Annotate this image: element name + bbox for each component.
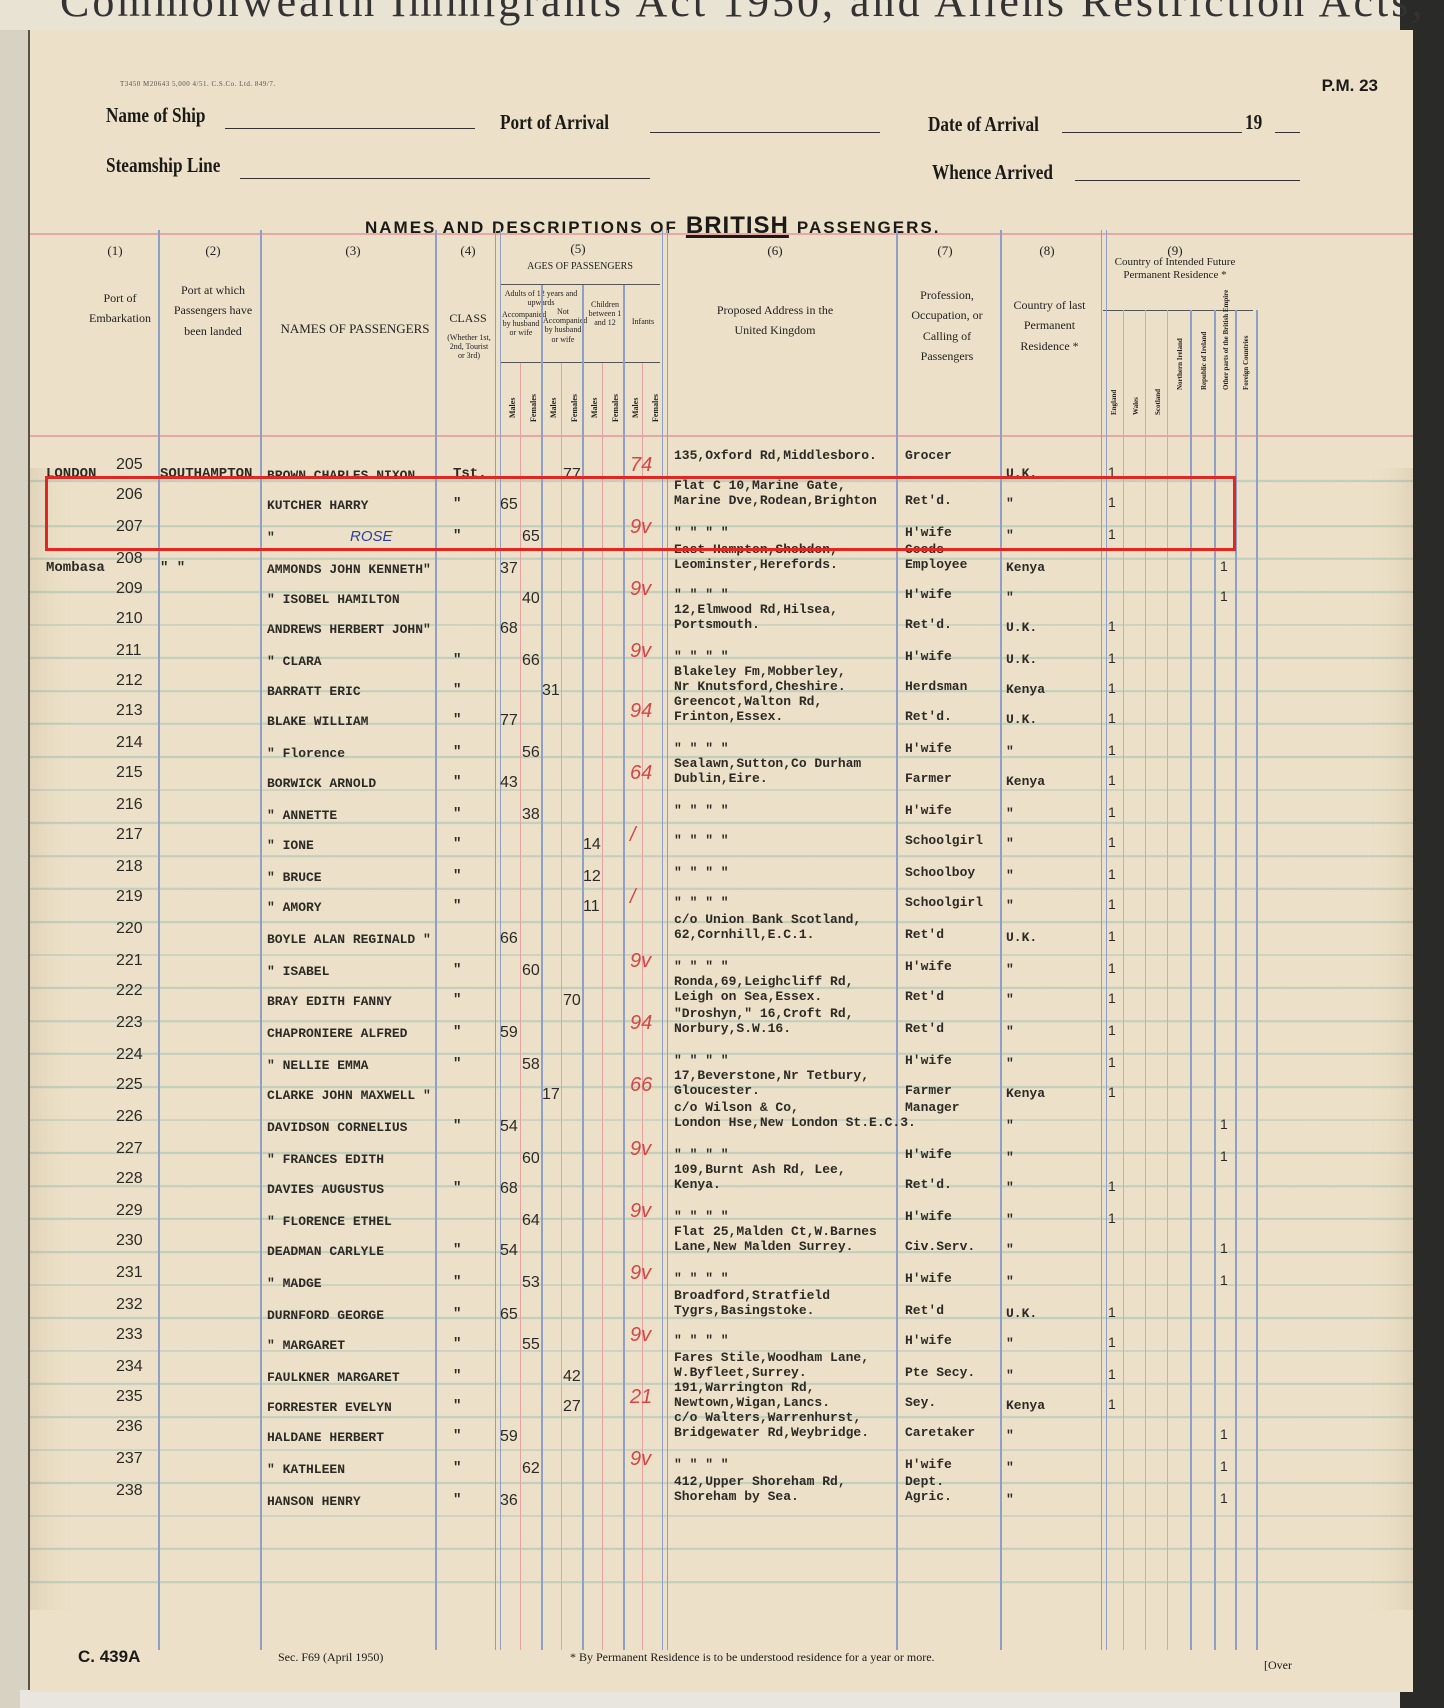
- future-residence-scotland: Scotland: [1154, 389, 1162, 415]
- future-residence-mark: 1: [1220, 1148, 1228, 1164]
- address-line-2: Kenya.: [674, 1177, 721, 1192]
- address-line-2: " " " ": [674, 959, 729, 974]
- future-residence-mark: 1: [1108, 772, 1116, 788]
- table-row: 238HANSON HENRY"36412,Upper Shoreham Rd,…: [30, 1486, 1413, 1517]
- country-last-residence: Kenya: [1006, 774, 1045, 789]
- future-residence-mark: 1: [1220, 1272, 1228, 1288]
- passenger-class: ": [453, 898, 461, 914]
- handwritten-check-mark: 9v: [630, 1324, 651, 1347]
- passenger-name: BOYLE ALAN REGINALD ": [267, 932, 431, 947]
- passenger-class: ": [453, 1242, 461, 1258]
- row-number: 227: [116, 1140, 143, 1158]
- country-last-residence: ": [1006, 962, 1014, 977]
- address-line-2: " " " ": [674, 1209, 729, 1224]
- future-residence-mark: 1: [1108, 1334, 1116, 1350]
- country-last-residence: ": [1006, 1336, 1014, 1351]
- occupation: H'wife: [905, 1457, 952, 1472]
- row-number: 223: [116, 1014, 143, 1032]
- future-residence-mark: 1: [1220, 1240, 1228, 1256]
- handwritten-check-mark: 9v: [630, 578, 651, 601]
- infants-header: Infants: [626, 317, 660, 326]
- passenger-class: ": [453, 1368, 461, 1384]
- name-of-ship-field[interactable]: [225, 128, 475, 129]
- occupation: Sey.: [905, 1395, 936, 1410]
- passenger-name: ANDREWS HERBERT JOHN": [267, 622, 431, 637]
- address-line-2: " " " ": [674, 1053, 729, 1068]
- passenger-name: " ANNETTE: [267, 808, 337, 823]
- occupation: Ret'd: [905, 927, 944, 942]
- passenger-class: ": [453, 836, 461, 852]
- male-label: Males: [631, 398, 640, 418]
- address-line-1: Fares Stile,Woodham Lane,: [674, 1350, 869, 1365]
- age-value: 54: [500, 1242, 518, 1260]
- country-last-residence: ": [1006, 1180, 1014, 1195]
- passenger-name: DAVIES AUGUSTUS: [267, 1182, 384, 1197]
- col1-number: (1): [90, 240, 140, 262]
- row-number: 236: [116, 1418, 143, 1436]
- country-last-residence: ": [1006, 1056, 1014, 1071]
- table-row: 210ANDREWS HERBERT JOHN"6812,Elmwood Rd,…: [30, 614, 1413, 645]
- passenger-name: BLAKE WILLIAM: [267, 714, 368, 729]
- female-label: Females: [611, 394, 620, 422]
- table-row: 236HALDANE HERBERT"59c/o Walters,Warrenh…: [30, 1422, 1413, 1453]
- footer-form-code: C. 439A: [78, 1647, 140, 1667]
- address-line-2: London Hse,New London St.E.C.3.: [674, 1115, 916, 1130]
- row-number: 221: [116, 952, 143, 970]
- highlight-box-rows-206-207: [45, 476, 1236, 551]
- passenger-name: DAVIDSON CORNELIUS: [267, 1120, 407, 1135]
- age-value: 42: [563, 1368, 581, 1386]
- address-line-2: Dublin,Eire.: [674, 771, 768, 786]
- occupation: H'wife: [905, 649, 952, 664]
- occupation: Herdsman: [905, 679, 967, 694]
- country-last-residence: ": [1006, 1368, 1014, 1383]
- passenger-class: ": [453, 652, 461, 668]
- col9-header: Country of Intended Future Permanent Res…: [1105, 256, 1245, 282]
- country-last-residence: U.K.: [1006, 652, 1037, 667]
- address-line-1: Broadford,Stratfield: [674, 1288, 830, 1303]
- occupation: Ret'd: [905, 989, 944, 1004]
- passenger-name: " ISOBEL HAMILTON: [267, 592, 400, 607]
- passenger-name: " IONE: [267, 838, 314, 853]
- age-value: 37: [500, 560, 518, 578]
- occupation: H'wife: [905, 803, 952, 818]
- age-value: 17: [542, 1086, 560, 1104]
- passenger-name: HALDANE HERBERT: [267, 1430, 384, 1445]
- country-last-residence: ": [1006, 868, 1014, 883]
- passenger-name: " Florence: [267, 746, 345, 761]
- country-last-residence: Kenya: [1006, 560, 1045, 575]
- row-number: 237: [116, 1450, 143, 1468]
- future-residence-northern-ireland: Northern Ireland: [1176, 338, 1184, 390]
- occupation: Schoolgirl: [905, 895, 983, 910]
- future-residence-mark: 1: [1108, 618, 1116, 634]
- future-residence-foreign-countries: Foreign Countries: [1242, 335, 1250, 390]
- date-of-arrival-field[interactable]: [1062, 132, 1242, 133]
- whence-arrived-label: Whence Arrived: [932, 160, 1053, 185]
- occupation: H'wife: [905, 1053, 952, 1068]
- age-value: 68: [500, 620, 518, 638]
- passenger-class: ": [453, 1274, 461, 1290]
- address-line-2: " " " ": [674, 741, 729, 756]
- passenger-name: CLARKE JOHN MAXWELL ": [267, 1088, 431, 1103]
- future-residence-mark: 1: [1108, 1178, 1116, 1194]
- row-number: 229: [116, 1202, 143, 1220]
- occupation: Ret'd.: [905, 617, 952, 632]
- header-bottom-rule: [30, 435, 1413, 437]
- table-row: 218" BRUCE"12" " " "Schoolboy"1: [30, 862, 1413, 893]
- passenger-name: HANSON HENRY: [267, 1494, 361, 1509]
- passenger-name: CHAPRONIERE ALFRED: [267, 1026, 407, 1041]
- row-number: 238: [116, 1482, 143, 1500]
- country-last-residence: U.K.: [1006, 930, 1037, 945]
- row-number: 234: [116, 1358, 143, 1376]
- age-value: 12: [583, 868, 601, 886]
- address-line-1: Flat 25,Malden Ct,W.Barnes: [674, 1224, 877, 1239]
- row-number: 231: [116, 1264, 143, 1282]
- col2-header: Port at which Passengers have been lande…: [168, 280, 258, 341]
- address-line-1: 17,Beverstone,Nr Tetbury,: [674, 1068, 869, 1083]
- age-value: 65: [500, 1306, 518, 1324]
- country-last-residence: ": [1006, 1274, 1014, 1289]
- header-top-rule: [30, 233, 1413, 235]
- passenger-class: ": [453, 682, 461, 698]
- address-line-2: " " " ": [674, 895, 729, 910]
- occupation: Ret'd: [905, 1303, 944, 1318]
- age-value: 38: [522, 806, 540, 824]
- passenger-name: " BRUCE: [267, 870, 322, 885]
- future-residence-mark: 1: [1108, 960, 1116, 976]
- future-residence-mark: 1: [1108, 1366, 1116, 1382]
- age-value: 64: [522, 1212, 540, 1230]
- address-line-2: Norbury,S.W.16.: [674, 1021, 791, 1036]
- row-number: 225: [116, 1076, 143, 1094]
- future-residence-mark: 1: [1108, 1304, 1116, 1320]
- row-number: 214: [116, 734, 143, 752]
- country-last-residence: ": [1006, 1492, 1014, 1507]
- occupation: Agric.: [905, 1489, 952, 1504]
- accompanied-header: Accompanied by husband or wife: [502, 310, 540, 338]
- future-residence-mark: 1: [1108, 680, 1116, 696]
- country-last-residence: ": [1006, 1242, 1014, 1257]
- address-line-2: 62,Cornhill,E.C.1.: [674, 927, 814, 942]
- occupation: H'wife: [905, 1333, 952, 1348]
- col4-number: (4): [443, 240, 493, 262]
- passenger-class: ": [453, 1306, 461, 1322]
- future-residence-mark: 1: [1108, 1054, 1116, 1070]
- row-number: 219: [116, 888, 143, 906]
- name-of-ship-label: Name of Ship: [106, 103, 206, 128]
- future-residence-mark: 1: [1108, 928, 1116, 944]
- occupation: Schoolgirl: [905, 833, 983, 848]
- address-line-2: " " " ": [674, 803, 729, 818]
- age-value: 70: [563, 992, 581, 1010]
- age-value: 58: [522, 1056, 540, 1074]
- handwritten-check-mark: 94: [630, 1012, 652, 1035]
- steamship-line-label: Steamship Line: [106, 153, 220, 178]
- table-row: 213BLAKE WILLIAM"7794Greencot,Walton Rd,…: [30, 706, 1413, 737]
- children-header: Children between 1 and 12: [586, 300, 624, 328]
- country-last-residence: Kenya: [1006, 1086, 1045, 1101]
- country-last-residence: ": [1006, 806, 1014, 821]
- row-number: 209: [116, 580, 143, 598]
- future-residence-mark: 1: [1220, 1458, 1228, 1474]
- female-label: Females: [570, 394, 579, 422]
- port-of-arrival-field[interactable]: [650, 132, 880, 133]
- passenger-name: " MADGE: [267, 1276, 322, 1291]
- future-residence-mark: 1: [1220, 588, 1228, 604]
- passenger-class: ": [453, 1336, 461, 1352]
- handwritten-check-mark: /: [630, 886, 636, 909]
- future-residence-mark: 1: [1108, 834, 1116, 850]
- table-row: 226DAVIDSON CORNELIUS"54c/o Wilson & Co,…: [30, 1112, 1413, 1143]
- address-line-1: Greencot,Walton Rd,: [674, 694, 822, 709]
- address-line-2: Bridgewater Rd,Weybridge.: [674, 1425, 869, 1440]
- future-residence-mark: 1: [1108, 1210, 1116, 1226]
- future-residence-other-parts-of-the-british-empire: Other parts of the British Empire: [1222, 290, 1230, 390]
- passenger-name: BARRATT ERIC: [267, 684, 361, 699]
- address-line-2: Leominster,Herefords.: [674, 557, 838, 572]
- address-line-2: Nr Knutsford,Cheshire.: [674, 679, 846, 694]
- row-number: 208: [116, 550, 143, 568]
- occupation: Farmer: [905, 771, 952, 786]
- col5-sub-divider: [500, 362, 660, 363]
- handwritten-check-mark: /: [630, 824, 636, 847]
- male-label: Males: [508, 398, 517, 418]
- age-value: 66: [522, 652, 540, 670]
- occupation-line-1: Dept.: [905, 1474, 944, 1489]
- port-of-arrival-label: Port of Arrival: [500, 110, 609, 135]
- col8-number: (8): [1022, 240, 1072, 262]
- table-row: 228DAVIES AUGUSTUS"68109,Burnt Ash Rd, L…: [30, 1174, 1413, 1205]
- col7-number: (7): [920, 240, 970, 262]
- row-number: 220: [116, 920, 143, 938]
- occupation: H'wife: [905, 587, 952, 602]
- country-last-residence: Kenya: [1006, 1398, 1045, 1413]
- col4-header: CLASS: [443, 308, 493, 328]
- female-label: Females: [529, 394, 538, 422]
- table-row: 215BORWICK ARNOLD"4364Sealawn,Sutton,Co …: [30, 768, 1413, 799]
- passenger-class: ": [453, 962, 461, 978]
- whence-arrived-field[interactable]: [1075, 180, 1300, 181]
- address-line-2: " " " ": [674, 649, 729, 664]
- passenger-name: FORRESTER EVELYN: [267, 1400, 392, 1415]
- age-value: 40: [522, 590, 540, 608]
- handwritten-check-mark: 9v: [630, 950, 651, 973]
- row-number: 224: [116, 1046, 143, 1064]
- address-line-1: 12,Elmwood Rd,Hilsea,: [674, 602, 838, 617]
- handwritten-check-mark: 9v: [630, 1262, 651, 1285]
- future-residence-republic-of-ireland: Republic of Ireland: [1200, 332, 1208, 390]
- passenger-name: " FRANCES EDITH: [267, 1152, 384, 1167]
- date-year-field[interactable]: [1275, 132, 1300, 133]
- address-line-2: " " " ": [674, 833, 729, 848]
- address-line-2: " " " ": [674, 1457, 729, 1472]
- country-last-residence: ": [1006, 1428, 1014, 1443]
- row-number: 212: [116, 672, 143, 690]
- table-row: 232DURNFORD GEORGE"65Broadford,Stratfiel…: [30, 1300, 1413, 1331]
- address-line-2: Shoreham by Sea.: [674, 1489, 799, 1504]
- footer-section: Sec. F69 (April 1950): [278, 1650, 383, 1665]
- passenger-name: " FLORENCE ETHEL: [267, 1214, 392, 1229]
- address-line-1: Sealawn,Sutton,Co Durham: [674, 756, 861, 771]
- age-value: 43: [500, 774, 518, 792]
- handwritten-check-mark: 9v: [630, 1448, 651, 1471]
- row-number: 233: [116, 1326, 143, 1344]
- col3-number: (3): [328, 240, 378, 262]
- address-line-2: W.Byfleet,Surrey.: [674, 1365, 807, 1380]
- col7-header: Profession, Occupation, or Calling of Pa…: [902, 285, 992, 367]
- row-number: 235: [116, 1388, 143, 1406]
- country-last-residence: ": [1006, 1150, 1014, 1165]
- col8-header: Country of last Permanent Residence *: [1002, 295, 1097, 356]
- row-number: 215: [116, 764, 143, 782]
- occupation: Ret'd: [905, 1021, 944, 1036]
- passenger-name: " MARGARET: [267, 1338, 345, 1353]
- country-last-residence: ": [1006, 1460, 1014, 1475]
- country-last-residence: ": [1006, 1212, 1014, 1227]
- passenger-class: ": [453, 744, 461, 760]
- passenger-class: ": [453, 1428, 461, 1444]
- passenger-class: ": [453, 1492, 461, 1508]
- passenger-name: BRAY EDITH FANNY: [267, 994, 392, 1009]
- future-residence-mark: 1: [1108, 1084, 1116, 1100]
- occupation: Farmer: [905, 1083, 952, 1098]
- passenger-class: ": [453, 1024, 461, 1040]
- occupation: H'wife: [905, 959, 952, 974]
- address-line-2: Lane,New Malden Surrey.: [674, 1239, 853, 1254]
- col5-divider: [500, 284, 660, 285]
- col3-header: NAMES OF PASSENGERS: [270, 318, 440, 340]
- col5-number: (5): [553, 238, 603, 260]
- address-line-2: " " " ": [674, 1147, 729, 1162]
- address-line-2: " " " ": [674, 587, 729, 602]
- row-number: 230: [116, 1232, 143, 1250]
- country-last-residence: ": [1006, 1118, 1014, 1133]
- handwritten-check-mark: 21: [630, 1386, 652, 1409]
- occupation: Schoolboy: [905, 865, 975, 880]
- form-number: P.M. 23: [1322, 76, 1378, 96]
- country-last-residence: ": [1006, 590, 1014, 605]
- age-value: 59: [500, 1024, 518, 1042]
- female-label: Females: [651, 394, 660, 422]
- address-line-2: Frinton,Essex.: [674, 709, 783, 724]
- passenger-class: ": [453, 806, 461, 822]
- col2-number: (2): [188, 240, 238, 262]
- date-year-prefix: 19: [1245, 110, 1262, 135]
- handwritten-check-mark: 74: [630, 454, 652, 477]
- underlying-strip-text: Commonwealth Immigrants Act 1950, and Al…: [60, 0, 1444, 27]
- age-value: 62: [522, 1460, 540, 1478]
- country-last-residence: ": [1006, 898, 1014, 913]
- occupation: Ret'd.: [905, 1177, 952, 1192]
- address-line-2: " " " ": [674, 1271, 729, 1286]
- future-residence-mark: 1: [1108, 742, 1116, 758]
- passenger-class: ": [453, 1460, 461, 1476]
- age-value: 60: [522, 1150, 540, 1168]
- occupation: H'wife: [905, 1147, 952, 1162]
- row-number: 211: [116, 642, 142, 660]
- age-value: 66: [500, 930, 518, 948]
- country-last-residence: ": [1006, 992, 1014, 1007]
- table-row: 220BOYLE ALAN REGINALD "66c/o Union Bank…: [30, 924, 1413, 955]
- age-value: 60: [522, 962, 540, 980]
- future-residence-mark: 1: [1108, 866, 1116, 882]
- table-row: 216" ANNETTE"38" " " "H'wife"1: [30, 800, 1413, 831]
- age-value: 55: [522, 1336, 540, 1354]
- male-label: Males: [590, 398, 599, 418]
- occupation: Civ.Serv.: [905, 1239, 975, 1254]
- future-residence-mark: 1: [1108, 804, 1116, 820]
- passenger-class: ": [453, 712, 461, 728]
- address-line-1: c/o Union Bank Scotland,: [674, 912, 861, 927]
- row-number: 226: [116, 1108, 143, 1126]
- col6-number: (6): [750, 240, 800, 262]
- handwritten-check-mark: 9v: [630, 640, 651, 663]
- row-number: 218: [116, 858, 143, 876]
- col5-header: AGES OF PASSENGERS: [500, 258, 660, 275]
- address-line-1: c/o Walters,Warrenhurst,: [674, 1410, 861, 1425]
- address-line-2: Tygrs,Basingstoke.: [674, 1303, 814, 1318]
- future-residence-mark: 1: [1108, 1022, 1116, 1038]
- address-line-1: c/o Wilson & Co,: [674, 1100, 799, 1115]
- occupation: Pte Secy.: [905, 1365, 975, 1380]
- page-title: NAMES AND DESCRIPTIONS OFBRITISHPASSENGE…: [365, 212, 940, 240]
- date-of-arrival-label: Date of Arrival: [928, 112, 1039, 137]
- occupation: H'wife: [905, 1271, 952, 1286]
- table-row: 217" IONE"14/" " " "Schoolgirl"1: [30, 830, 1413, 861]
- address-line-1: 135,Oxford Rd,Middlesboro.: [674, 448, 877, 463]
- country-last-residence: ": [1006, 836, 1014, 851]
- age-value: 14: [583, 836, 601, 854]
- occupation: H'wife: [905, 1209, 952, 1224]
- row-number: 222: [116, 982, 143, 1000]
- steamship-line-field[interactable]: [240, 178, 650, 179]
- passenger-name: " ISABEL: [267, 964, 329, 979]
- print-code: T3450 M20643 5,000 4/51. C.S.Co. Ltd. 84…: [120, 80, 276, 88]
- passenger-class: ": [453, 1398, 461, 1414]
- passenger-name: " AMORY: [267, 900, 322, 915]
- passenger-name: " CLARA: [267, 654, 322, 669]
- row-number: 216: [116, 796, 143, 814]
- binding-edge: [0, 30, 30, 1708]
- underlying-sheet-bottom: [20, 1690, 1400, 1708]
- future-residence-mark: 1: [1108, 896, 1116, 912]
- future-residence-mark: 1: [1108, 1396, 1116, 1412]
- table-row: 230DEADMAN CARLYLE"54Flat 25,Malden Ct,W…: [30, 1236, 1413, 1267]
- age-value: 36: [500, 1492, 518, 1510]
- row-number: 210: [116, 610, 143, 628]
- footer-residence-note: * By Permanent Residence is to be unders…: [570, 1650, 935, 1665]
- address-line-1: Blakeley Fm,Mobberley,: [674, 664, 846, 679]
- handwritten-check-mark: 9v: [630, 1200, 651, 1223]
- row-number: 213: [116, 702, 143, 720]
- age-value: 56: [522, 744, 540, 762]
- address-line-2: Gloucester.: [674, 1083, 760, 1098]
- port-landed: " ": [160, 560, 185, 576]
- future-residence-mark: 1: [1220, 558, 1228, 574]
- footer-over: [Over: [1264, 1658, 1292, 1673]
- address-line-1: Ronda,69,Leighcliff Rd,: [674, 974, 853, 989]
- age-value: 77: [500, 712, 518, 730]
- handwritten-check-mark: 9v: [630, 1138, 651, 1161]
- country-last-residence: Kenya: [1006, 682, 1045, 697]
- col9-divider: [1103, 310, 1253, 311]
- table-row: Mombasa208" "AMMONDS JOHN KENNETH"37East…: [30, 554, 1413, 585]
- row-number: 217: [116, 826, 143, 844]
- occupation: Employee: [905, 557, 967, 572]
- row-number: 232: [116, 1296, 143, 1314]
